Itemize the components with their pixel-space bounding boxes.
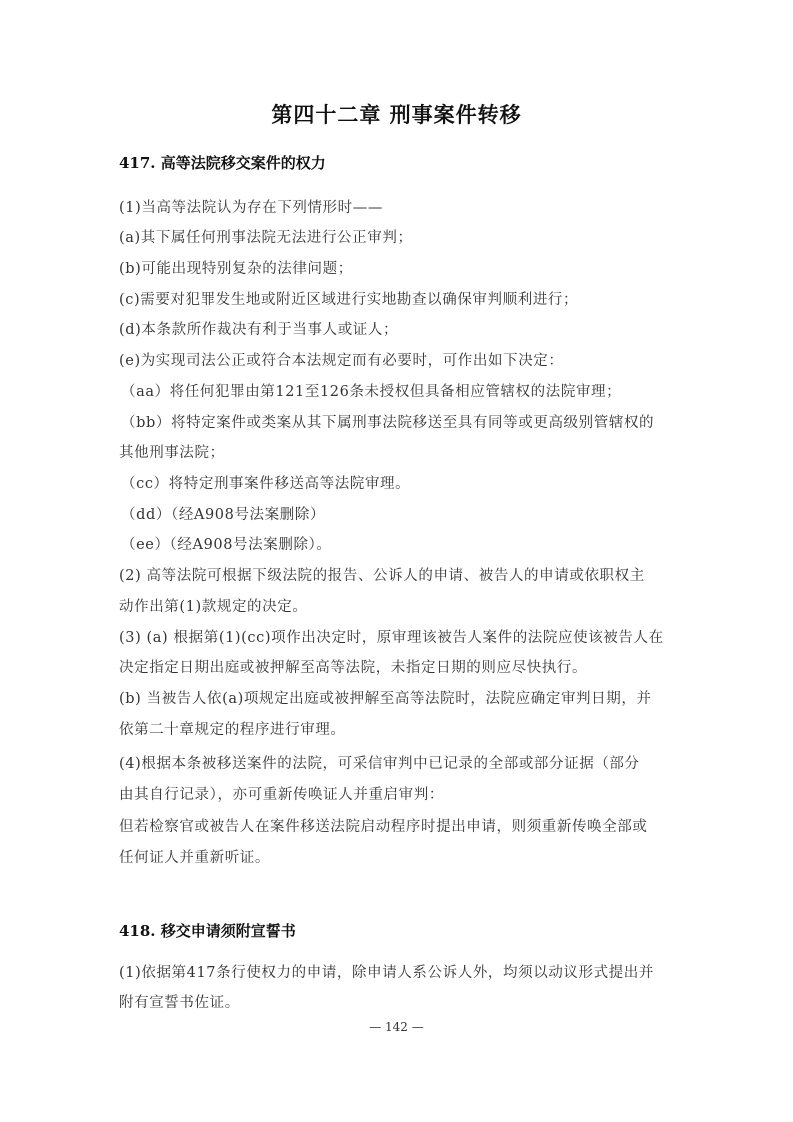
chapter-title: 第四十二章 刑事案件转移 <box>0 99 793 129</box>
paragraph-line: 但若检察官或被告人在案件移送法院启动程序时提出申请，则须重新传唤全部或 <box>119 815 648 836</box>
paragraph-line: 决定指定日期出庭或被押解至高等法院，未指定日期的则应尽快执行。 <box>119 656 587 677</box>
paragraph-line: （dd）（经A908号法案删除） <box>121 503 325 524</box>
paragraph-line: 依第二十章规定的程序进行审理。 <box>119 718 346 739</box>
paragraph-line: (2) 高等法院可根据下级法院的报告、公诉人的申请、被告人的申请或依职权主 <box>119 564 645 585</box>
paragraph-line: (a)其下属任何刑事法院无法进行公正审判； <box>119 226 413 247</box>
paragraph-line: 由其自行记录），亦可重新传唤证人并重启审判： <box>119 783 444 804</box>
paragraph-line: (c)需要对犯罪发生地或附近区域进行实地勘查以确保审判顺利进行； <box>119 288 578 309</box>
paragraph-line: (d)本条款所作裁决有利于当事人或证人； <box>119 318 398 339</box>
paragraph-line: (b) 当被告人依(a)项规定出庭或被押解至高等法院时，法院应确定审判日期，并 <box>119 687 652 708</box>
paragraph-line: (1)依据第417条行使权力的申请，除申请人系公诉人外，均须以动议形式提出并 <box>119 961 654 982</box>
paragraph-line: 附有宣誓书佐证。 <box>119 991 240 1012</box>
paragraph-line: (1)当高等法院认为存在下列情形时—— <box>119 196 383 217</box>
paragraph-line: (4)根据本条被移送案件的法院，可采信审判中已记录的全部或部分证据（部分 <box>119 752 640 773</box>
paragraph-line: (3) (a) 根据第(1)(cc)项作出决定时，原审理该被告人案件的法院应使该… <box>119 626 664 647</box>
paragraph-line: 动作出第(1)款规定的决定。 <box>119 595 307 616</box>
document-page: 第四十二章 刑事案件转移 417. 高等法院移交案件的权力 (1)当高等法院认为… <box>0 0 793 1122</box>
page-number: — 142 — <box>0 1020 793 1034</box>
section-heading-418: 418. 移交申请须附宣誓书 <box>119 920 296 941</box>
paragraph-line: （bb）将特定案件或类案从其下属刑事法院移送至具有同等或更高级别管辖权的 <box>121 411 654 432</box>
paragraph-line: （ee）（经A908号法案删除）。 <box>121 533 332 554</box>
paragraph-line: （aa）将任何犯罪由第121至126条未授权但具备相应管辖权的法院审理； <box>121 380 621 401</box>
paragraph-line: 其他刑事法院； <box>119 441 225 462</box>
section-heading-417: 417. 高等法院移交案件的权力 <box>119 152 326 173</box>
paragraph-line: (e)为实现司法公正或符合本法规定而有必要时，可作出如下决定： <box>119 349 564 370</box>
paragraph-line: (b)可能出现特别复杂的法律问题； <box>119 257 353 278</box>
paragraph-line: 任何证人并重新听证。 <box>119 846 270 867</box>
paragraph-line: （cc）将特定刑事案件移送高等法院审理。 <box>121 472 410 493</box>
